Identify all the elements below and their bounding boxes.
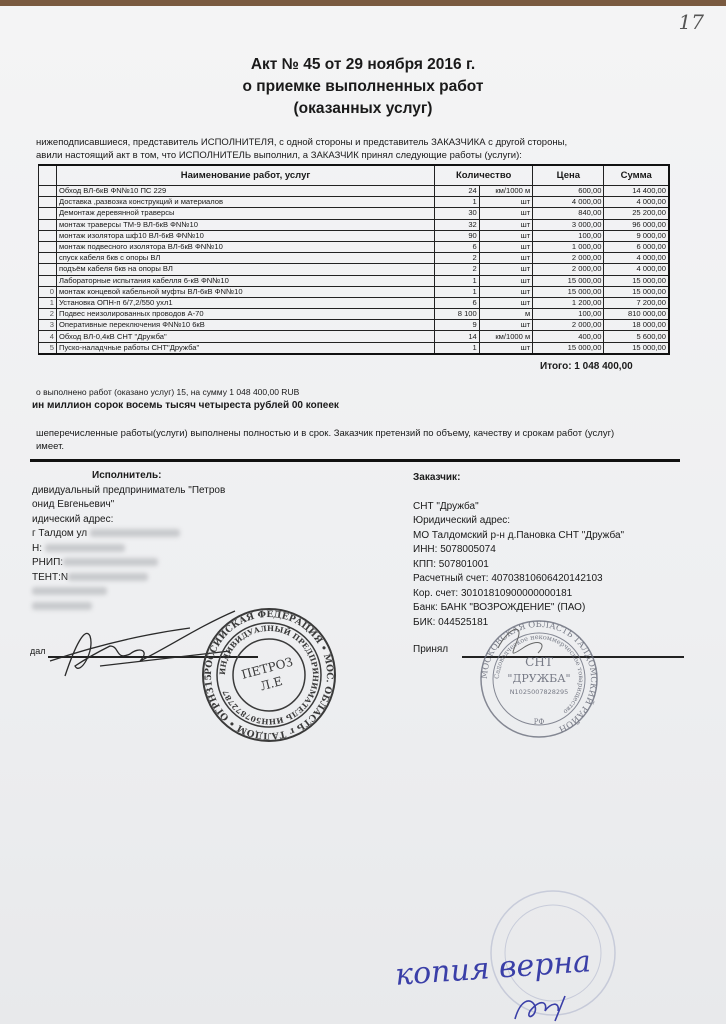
row-number xyxy=(39,275,57,286)
work-sum: 9 000,00 xyxy=(604,230,669,241)
svg-text:СНТ: СНТ xyxy=(525,655,553,669)
work-sum: 15 000,00 xyxy=(604,275,669,286)
work-price: 1 200,00 xyxy=(533,297,604,308)
work-name: подъём кабеля 6кв на опоры ВЛ xyxy=(56,264,434,275)
row-number xyxy=(39,253,57,264)
table-row: 0монтаж концевой кабельной муфты ВЛ-6кВ … xyxy=(39,286,670,297)
statement-line-1: шеперечисленные работы(услуги) выполнены… xyxy=(36,427,696,440)
table-row: спуск кабеля 6кв с опоры ВЛ2шт2 000,004 … xyxy=(39,253,670,264)
redacted-field xyxy=(63,558,158,566)
certification-signature xyxy=(510,991,580,1023)
work-sum: 4 000,00 xyxy=(604,197,669,208)
work-unit: шт xyxy=(479,219,532,230)
customer-inn: ИНН: 5078005074 xyxy=(413,543,713,558)
table-row: Демонтаж деревянной траверсы30шт840,0025… xyxy=(39,208,670,219)
table-row: 1Установка ОПН-п 6/7,2/550 ухл16шт1 200,… xyxy=(39,297,670,308)
work-sum: 4 000,00 xyxy=(604,264,669,275)
work-quantity: 2 xyxy=(435,253,480,264)
work-unit: м xyxy=(479,309,532,320)
work-name: спуск кабеля 6кв с опоры ВЛ xyxy=(56,253,434,264)
work-unit: шт xyxy=(479,297,532,308)
work-quantity: 6 xyxy=(435,297,480,308)
work-name: Пуско-наладчные работы СНТ"Дружба" xyxy=(56,342,434,354)
customer-kpp: КПП: 507801001 xyxy=(413,558,713,573)
work-quantity: 90 xyxy=(435,230,480,241)
table-row: Обход ВЛ-6кВ ФN№10 ПС 22924км/1000 м600,… xyxy=(39,186,670,197)
work-name: монтаж концевой кабельной муфты ВЛ-6кВ Ф… xyxy=(56,286,434,297)
redacted-field xyxy=(45,544,125,552)
work-price: 3 000,00 xyxy=(533,219,604,230)
work-unit: шт xyxy=(479,275,532,286)
row-number xyxy=(39,219,57,230)
section-divider xyxy=(30,459,680,462)
executor-redacted-row xyxy=(32,585,352,600)
work-sum: 5 600,00 xyxy=(604,331,669,342)
table-row: монтаж подвесного изолятора ВЛ-6кВ ФN№10… xyxy=(39,241,670,252)
summary-words-line: ин миллион сорок восемь тысяч четыреста … xyxy=(32,400,339,411)
work-quantity: 9 xyxy=(435,320,480,331)
work-sum: 18 000,00 xyxy=(604,320,669,331)
header-price: Цена xyxy=(533,165,604,186)
work-name: монтаж подвесного изолятора ВЛ-6кВ ФN№10 xyxy=(56,241,434,252)
row-number xyxy=(39,208,57,219)
work-quantity: 8 100 xyxy=(435,309,480,320)
executor-stamp: РОССИЙСКАЯ ФЕДЕРАЦИЯ • МОС. ОБЛАСТЬ г ТА… xyxy=(200,606,338,744)
table-header-row: Наименование работ, услуг Количество Цен… xyxy=(39,165,670,186)
work-sum: 14 400,00 xyxy=(604,186,669,197)
work-unit: км/1000 м xyxy=(479,186,532,197)
document-page: 17 Акт № 45 от 29 ноября 2016 г. о прием… xyxy=(0,6,726,1024)
customer-sign-label: Принял xyxy=(413,644,448,655)
header-sum: Сумма xyxy=(604,165,669,186)
intro-paragraph: нижеподписавшиеся, представитель ИСПОЛНИ… xyxy=(36,137,716,162)
work-price: 2 000,00 xyxy=(533,264,604,275)
works-table: Наименование работ, услуг Количество Цен… xyxy=(38,164,670,355)
work-price: 400,00 xyxy=(533,331,604,342)
work-price: 15 000,00 xyxy=(533,275,604,286)
total-amount: Итого: 1 048 400,00 xyxy=(540,361,633,372)
redacted-field xyxy=(32,587,107,595)
customer-block: Заказчик: СНТ "Дружба" Юридический адрес… xyxy=(413,471,713,630)
svg-text:N1025007828295: N1025007828295 xyxy=(510,688,569,696)
row-number: 3 xyxy=(39,320,57,331)
customer-name: СНТ "Дружба" xyxy=(413,500,713,515)
title-line-2: о приемке выполненных работ xyxy=(150,76,576,98)
customer-stamp: МОСКОВСКАЯ ОБЛАСТЬ ТАЛДОМСКИЙ РАЙОН Садо… xyxy=(478,618,600,740)
work-price: 840,00 xyxy=(533,208,604,219)
work-price: 15 000,00 xyxy=(533,342,604,354)
work-quantity: 30 xyxy=(435,208,480,219)
work-sum: 810 000,00 xyxy=(604,309,669,320)
title-line-3: (оказанных услуг) xyxy=(150,98,576,120)
work-name: Обход ВЛ-0,4кВ СНТ "Дружба" xyxy=(56,331,434,342)
work-price: 15 000,00 xyxy=(533,286,604,297)
work-price: 600,00 xyxy=(533,186,604,197)
row-number xyxy=(39,264,57,275)
customer-line: Юридический адрес: xyxy=(413,514,713,529)
work-unit: шт xyxy=(479,230,532,241)
row-number: 1 xyxy=(39,297,57,308)
executor-patent-row: ТЕНТ:N xyxy=(32,571,352,586)
work-name: Установка ОПН-п 6/7,2/550 ухл1 xyxy=(56,297,434,308)
redacted-field xyxy=(68,573,148,581)
row-number xyxy=(39,186,57,197)
document-title: Акт № 45 от 29 ноября 2016 г. о приемке … xyxy=(150,54,576,120)
executor-line: онид Евгеньевич" xyxy=(32,498,352,513)
work-sum: 7 200,00 xyxy=(604,297,669,308)
work-price: 100,00 xyxy=(533,309,604,320)
work-quantity: 1 xyxy=(435,286,480,297)
work-quantity: 14 xyxy=(435,331,480,342)
customer-address: МО Талдомский р-н д.Пановка СНТ "Дружба" xyxy=(413,529,713,544)
work-name: Обход ВЛ-6кВ ФN№10 ПС 229 xyxy=(56,186,434,197)
work-price: 2 000,00 xyxy=(533,253,604,264)
work-sum: 15 000,00 xyxy=(604,342,669,354)
svg-text:"ДРУЖБА": "ДРУЖБА" xyxy=(507,672,570,685)
customer-account: Расчетный счет: 40703810606420142103 xyxy=(413,572,713,587)
work-unit: км/1000 м xyxy=(479,331,532,342)
work-quantity: 2 xyxy=(435,264,480,275)
svg-text:РФ: РФ xyxy=(534,718,545,726)
work-quantity: 1 xyxy=(435,197,480,208)
table-row: 5Пуско-наладчные работы СНТ"Дружба"1шт15… xyxy=(39,342,670,354)
row-number: 4 xyxy=(39,331,57,342)
table-row: 3Оперативные переключения ФN№10 6кВ9шт2 … xyxy=(39,320,670,331)
row-number xyxy=(39,230,57,241)
row-number: 2 xyxy=(39,309,57,320)
redacted-field xyxy=(90,529,180,537)
row-number xyxy=(39,197,57,208)
work-price: 2 000,00 xyxy=(533,320,604,331)
executor-block: Исполнитель: дивидуальный предпринимател… xyxy=(32,469,352,614)
work-unit: шт xyxy=(479,253,532,264)
work-sum: 96 000,00 xyxy=(604,219,669,230)
work-price: 100,00 xyxy=(533,230,604,241)
acceptance-statement: шеперечисленные работы(услуги) выполнены… xyxy=(36,427,696,453)
executor-line: дивидуальный предприниматель "Петров xyxy=(32,484,352,499)
row-number: 0 xyxy=(39,286,57,297)
work-sum: 15 000,00 xyxy=(604,286,669,297)
intro-line-1: нижеподписавшиеся, представитель ИСПОЛНИ… xyxy=(36,137,716,150)
work-price: 1 000,00 xyxy=(533,241,604,252)
work-sum: 4 000,00 xyxy=(604,253,669,264)
executor-ogrnip-row: РНИП: xyxy=(32,556,352,571)
customer-corr-account: Кор. счет: 30101810900000000181 xyxy=(413,587,713,602)
executor-line: идический адрес: xyxy=(32,513,352,528)
work-name: Лабораторные испытания кабелля 6-кВ ФN№1… xyxy=(56,275,434,286)
work-name: Доставка ,развозка конструкций и материа… xyxy=(56,197,434,208)
header-quantity: Количество xyxy=(435,165,533,186)
work-quantity: 32 xyxy=(435,219,480,230)
work-name: Подвес неизолированных проводов А-70 xyxy=(56,309,434,320)
work-unit: шт xyxy=(479,286,532,297)
svg-text:Л.Е: Л.Е xyxy=(259,674,284,693)
work-unit: шт xyxy=(479,208,532,219)
table-row: 4Обход ВЛ-0,4кВ СНТ "Дружба"14км/1000 м4… xyxy=(39,331,670,342)
work-sum: 25 200,00 xyxy=(604,208,669,219)
table-row: Доставка ,развозка конструкций и материа… xyxy=(39,197,670,208)
work-unit: шт xyxy=(479,342,532,354)
summary-count-line: о выполнено работ (оказано услуг) 15, на… xyxy=(36,387,299,397)
row-number: 5 xyxy=(39,342,57,354)
work-unit: шт xyxy=(479,320,532,331)
row-number xyxy=(39,241,57,252)
header-num xyxy=(39,165,57,186)
table-row: подъём кабеля 6кв на опоры ВЛ2шт2 000,00… xyxy=(39,264,670,275)
executor-header: Исполнитель: xyxy=(32,469,352,484)
work-quantity: 24 xyxy=(435,186,480,197)
table-row: монтаж траверсы ТМ-9 ВЛ-6кВ ФN№1032шт3 0… xyxy=(39,219,670,230)
work-sum: 6 000,00 xyxy=(604,241,669,252)
work-unit: шт xyxy=(479,197,532,208)
customer-bank: Банк: БАНК "ВОЗРОЖДЕНИЕ" (ПАО) xyxy=(413,601,713,616)
work-unit: шт xyxy=(479,264,532,275)
header-name: Наименование работ, услуг xyxy=(56,165,434,186)
customer-header: Заказчик: xyxy=(413,471,713,486)
table-row: Лабораторные испытания кабелля 6-кВ ФN№1… xyxy=(39,275,670,286)
work-quantity: 6 xyxy=(435,241,480,252)
statement-line-2: имеет. xyxy=(36,440,696,453)
work-unit: шт xyxy=(479,241,532,252)
table-row: 2Подвес неизолированных проводов А-708 1… xyxy=(39,309,670,320)
work-name: Оперативные переключения ФN№10 6кВ xyxy=(56,320,434,331)
table-row: монтаж изолятора шф10 ВЛ-6кВ ФN№1090шт10… xyxy=(39,230,670,241)
work-quantity: 1 xyxy=(435,342,480,354)
executor-address-row: г Талдом ул xyxy=(32,527,352,542)
handwritten-page-number: 17 xyxy=(679,10,704,34)
work-name: монтаж траверсы ТМ-9 ВЛ-6кВ ФN№10 xyxy=(56,219,434,230)
work-quantity: 1 xyxy=(435,275,480,286)
intro-line-2: авили настоящий акт в том, что ИСПОЛНИТЕ… xyxy=(36,150,716,163)
work-name: Демонтаж деревянной траверсы xyxy=(56,208,434,219)
title-line-1: Акт № 45 от 29 ноября 2016 г. xyxy=(150,54,576,76)
executor-inn-row: Н: xyxy=(32,542,352,557)
work-price: 4 000,00 xyxy=(533,197,604,208)
work-name: монтаж изолятора шф10 ВЛ-6кВ ФN№10 xyxy=(56,230,434,241)
